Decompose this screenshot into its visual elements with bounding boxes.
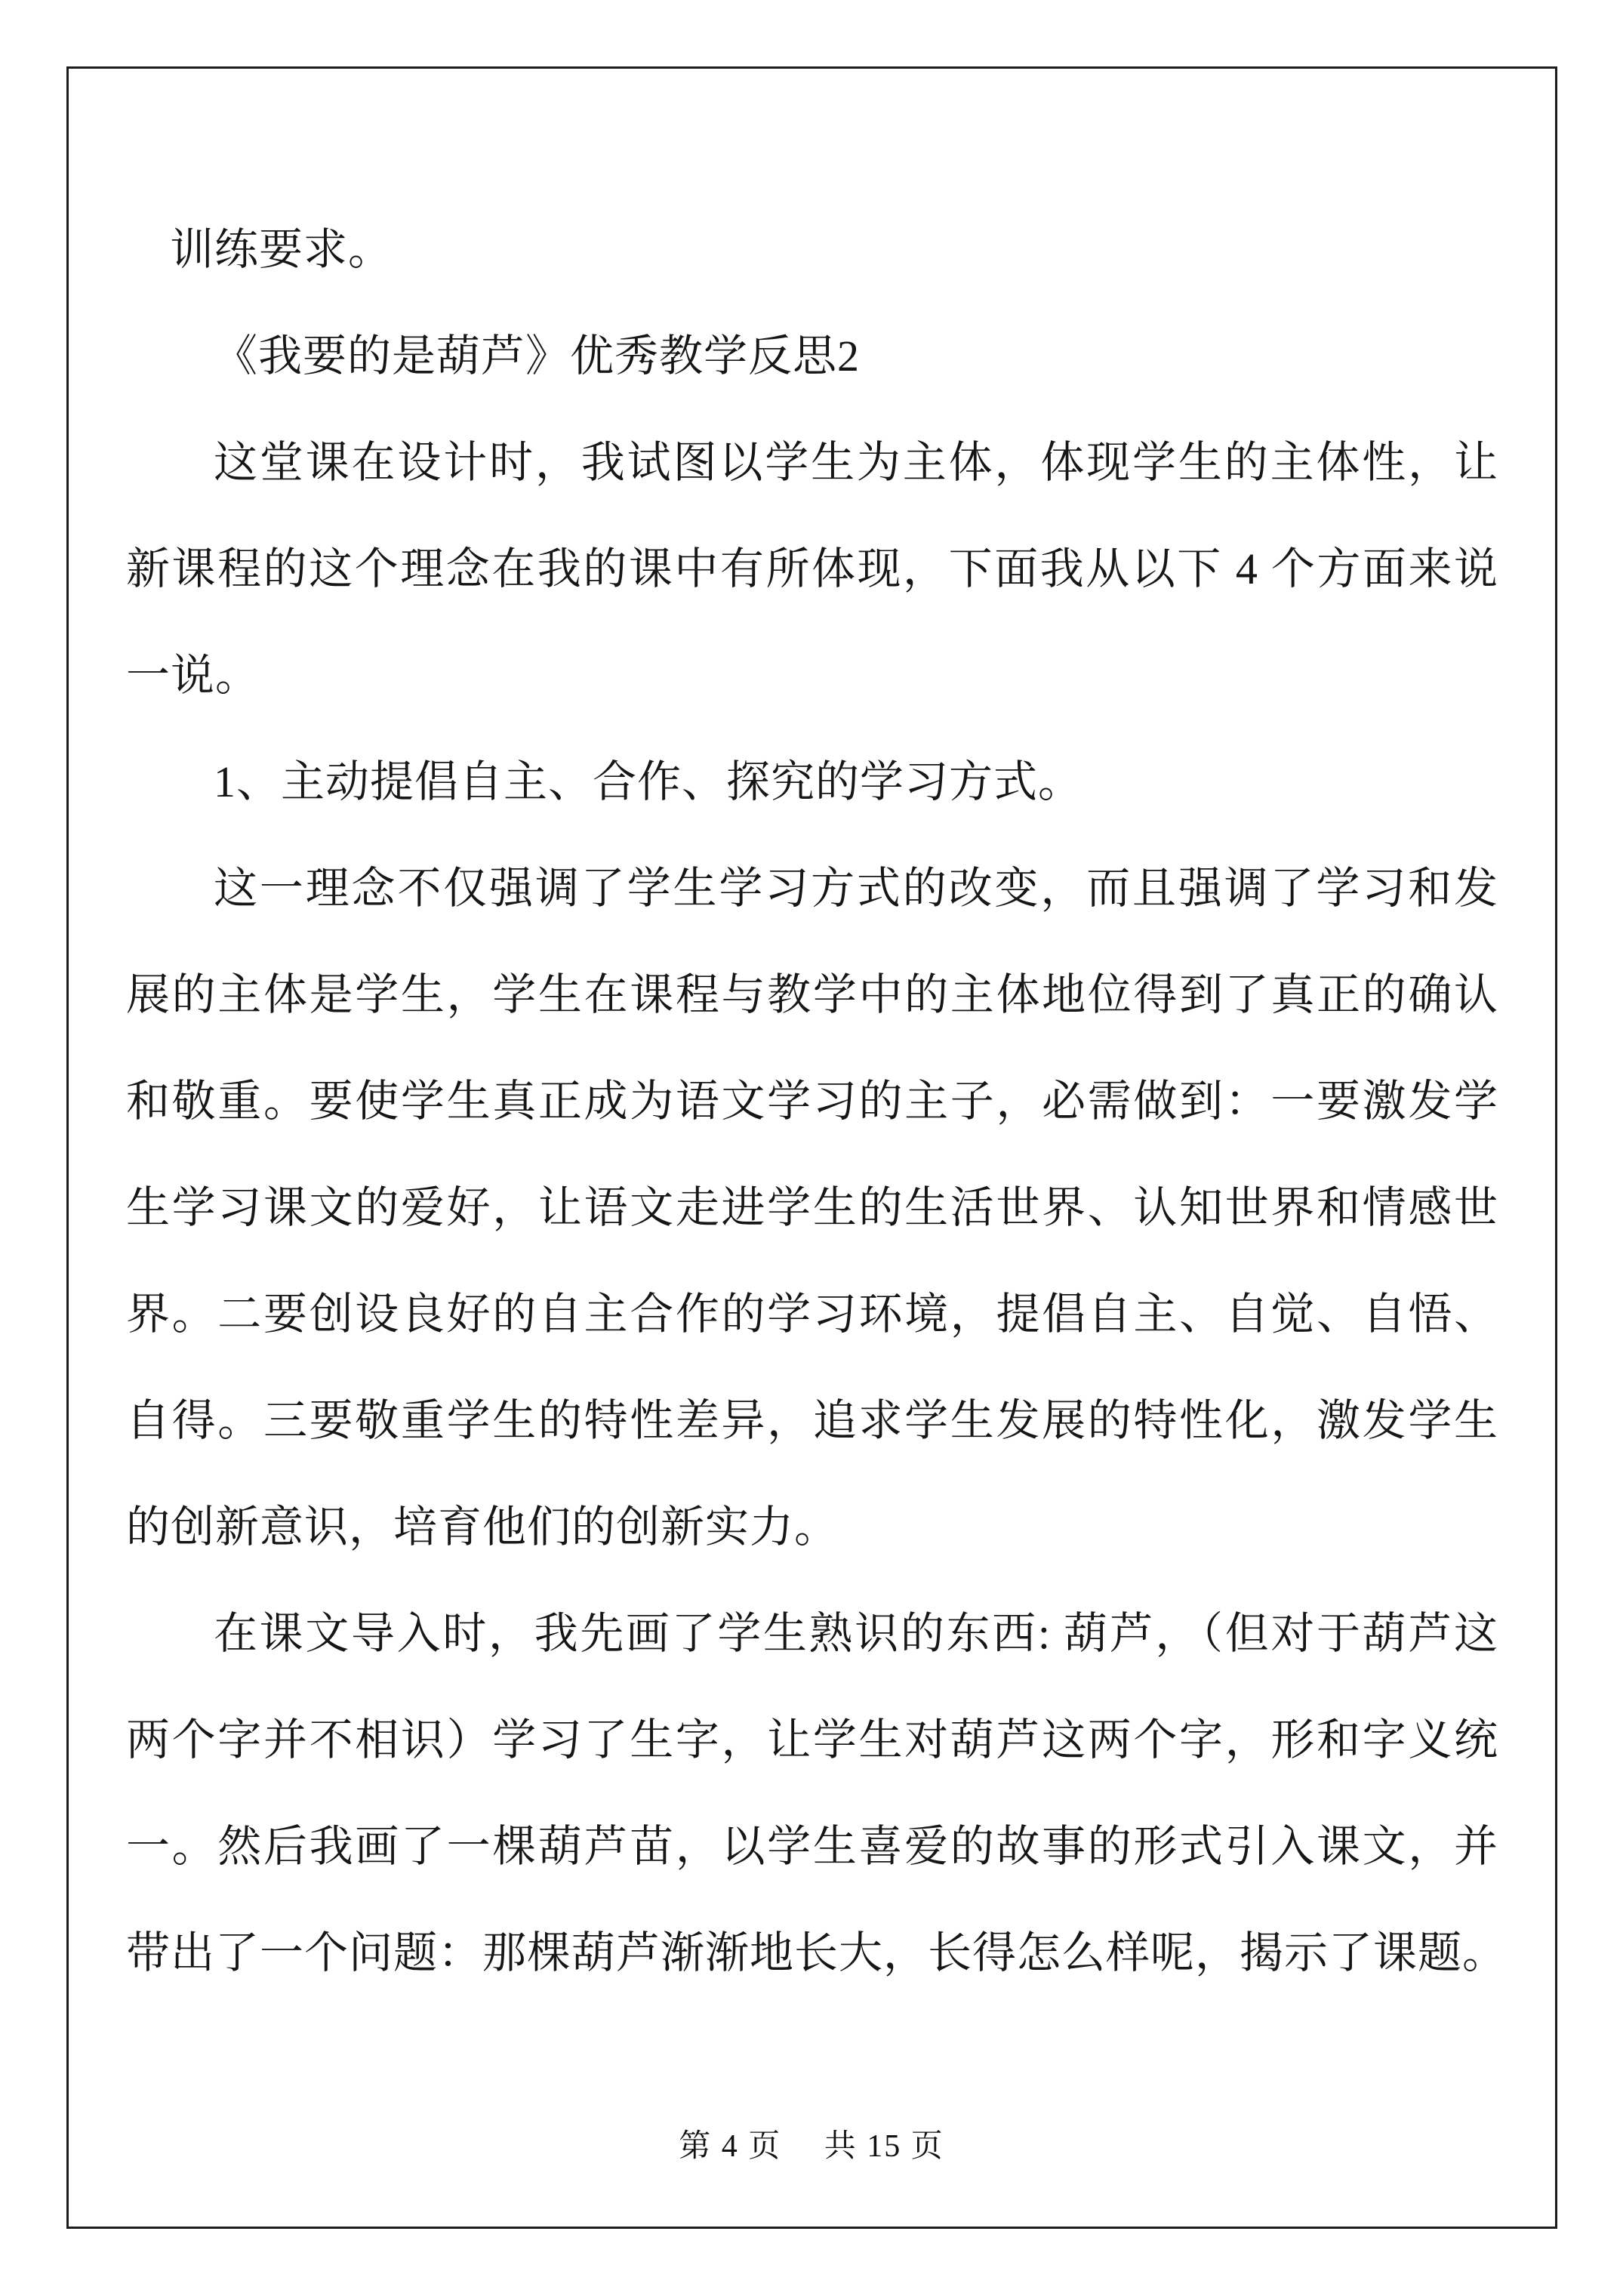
text-line: 训练要求。 <box>126 196 1498 303</box>
text-line: 和敬重。要使学生真正成为语文学习的主子，必需做到：一要激发学 <box>126 1048 1498 1154</box>
text-line: 一。然后我画了一棵葫芦苗，以学生喜爱的故事的形式引入课文，并 <box>126 1793 1498 1900</box>
text-line: 这堂课在设计时，我试图以学生为主体，体现学生的主体性，让 <box>126 409 1498 516</box>
text-line: 《我要的是葫芦》优秀教学反思2 <box>126 303 1498 409</box>
document-page: 训练要求。 《我要的是葫芦》优秀教学反思2 这堂课在设计时，我试图以学生为主体，… <box>0 0 1623 2296</box>
text-line: 自得。三要敬重学生的特性差异，追求学生发展的特性化，激发学生 <box>126 1367 1498 1474</box>
text-line: 一说。 <box>126 622 1498 729</box>
text-line: 在课文导入时，我先画了学生熟识的东西: 葫芦，（但对于葫芦这 <box>126 1580 1498 1687</box>
text-line: 1、主动提倡自主、合作、探究的学习方式。 <box>126 729 1498 835</box>
page-footer: 第 4 页 共 15 页 <box>0 2128 1623 2165</box>
text-block: 训练要求。 《我要的是葫芦》优秀教学反思2 这堂课在设计时，我试图以学生为主体，… <box>126 196 1498 2006</box>
text-line: 新课程的这个理念在我的课中有所体现，下面我从以下 4 个方面来说 <box>126 516 1498 622</box>
text-line: 的创新意识，培育他们的创新实力。 <box>126 1474 1498 1580</box>
text-line: 两个字并不相识）学习了生字，让学生对葫芦这两个字，形和字义统 <box>126 1687 1498 1793</box>
text-line: 生学习课文的爱好，让语文走进学生的生活世界、认知世界和情感世 <box>126 1154 1498 1261</box>
text-line: 这一理念不仅强调了学生学习方式的改变，而且强调了学习和发 <box>126 835 1498 942</box>
text-line: 带出了一个问题：那棵葫芦渐渐地长大，长得怎么样呢，揭示了课题。 <box>126 1900 1498 2006</box>
text-line: 界。二要创设良好的自主合作的学习环境，提倡自主、自觉、自悟、 <box>126 1261 1498 1367</box>
text-line: 展的主体是学生，学生在课程与教学中的主体地位得到了真正的确认 <box>126 942 1498 1048</box>
